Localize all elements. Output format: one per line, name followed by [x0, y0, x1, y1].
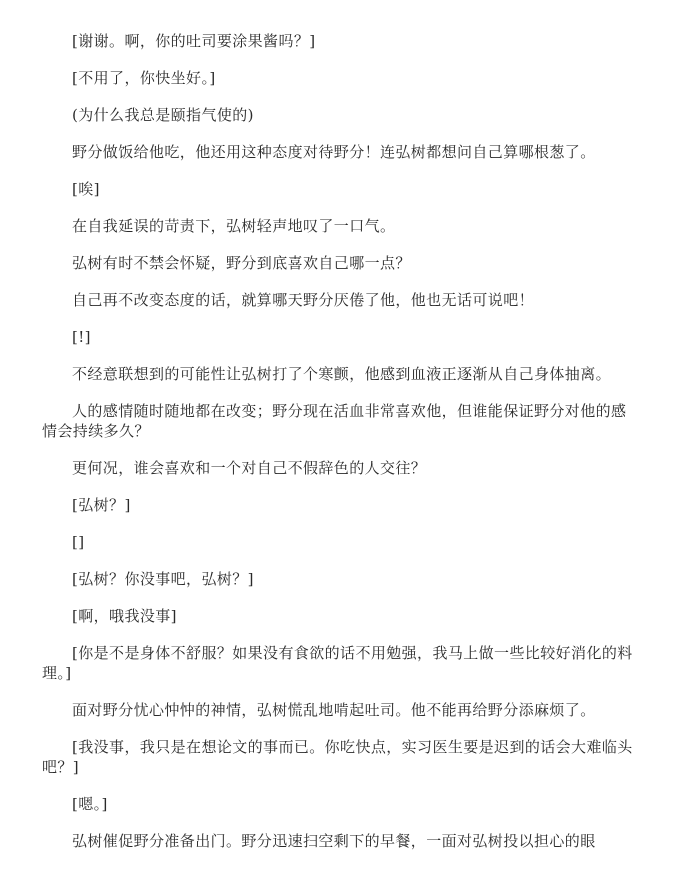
paragraph: 自己再不改变态度的话，就算哪天野分厌倦了他，他也无话可说吧！	[42, 290, 634, 310]
paragraph: 面对野分忧心忡忡的神情，弘树慌乱地啃起吐司。他不能再给野分添麻烦了。	[42, 700, 634, 720]
document-page: [谢谢。啊，你的吐司要涂果酱吗？] [不用了，你快坐好。] (为什么我总是颐指气…	[0, 0, 680, 880]
paragraph: [我没事，我只是在想论文的事而已。你吃快点，实习医生要是迟到的话会大难临头吧？]	[42, 737, 634, 777]
paragraph: []	[42, 532, 634, 552]
paragraph: [弘树？你没事吧，弘树？]	[42, 569, 634, 589]
paragraph: [不用了，你快坐好。]	[42, 68, 634, 88]
paragraph: [啊，哦我没事]	[42, 606, 634, 626]
paragraph: 人的感情随时随地都在改变；野分现在活血非常喜欢他，但谁能保证野分对他的感情会持续…	[42, 401, 634, 441]
paragraph: 更何况，谁会喜欢和一个对自己不假辞色的人交往？	[42, 458, 634, 478]
paragraph: [唉]	[42, 179, 634, 199]
paragraph: [!]	[42, 327, 634, 347]
paragraph: 在自我延误的苛责下，弘树轻声地叹了一口气。	[42, 216, 634, 236]
paragraph: [嗯。]	[42, 794, 634, 814]
paragraph: (为什么我总是颐指气使的)	[42, 105, 634, 125]
text-column: [谢谢。啊，你的吐司要涂果酱吗？] [不用了，你快坐好。] (为什么我总是颐指气…	[42, 31, 634, 868]
paragraph: [谢谢。啊，你的吐司要涂果酱吗？]	[42, 31, 634, 51]
paragraph: 野分做饭给他吃，他还用这种态度对待野分！连弘树都想问自己算哪根葱了。	[42, 142, 634, 162]
paragraph: 弘树有时不禁会怀疑，野分到底喜欢自己哪一点？	[42, 253, 634, 273]
paragraph: [弘树？]	[42, 495, 634, 515]
paragraph: 不经意联想到的可能性让弘树打了个寒颤，他感到血液正逐渐从自己身体抽离。	[42, 364, 634, 384]
paragraph: 弘树催促野分准备出门。野分迅速扫空剩下的早餐，一面对弘树投以担心的眼	[42, 831, 634, 851]
paragraph: [你是不是身体不舒服？如果没有食欲的话不用勉强，我马上做一些比较好消化的料理。]	[42, 643, 634, 683]
